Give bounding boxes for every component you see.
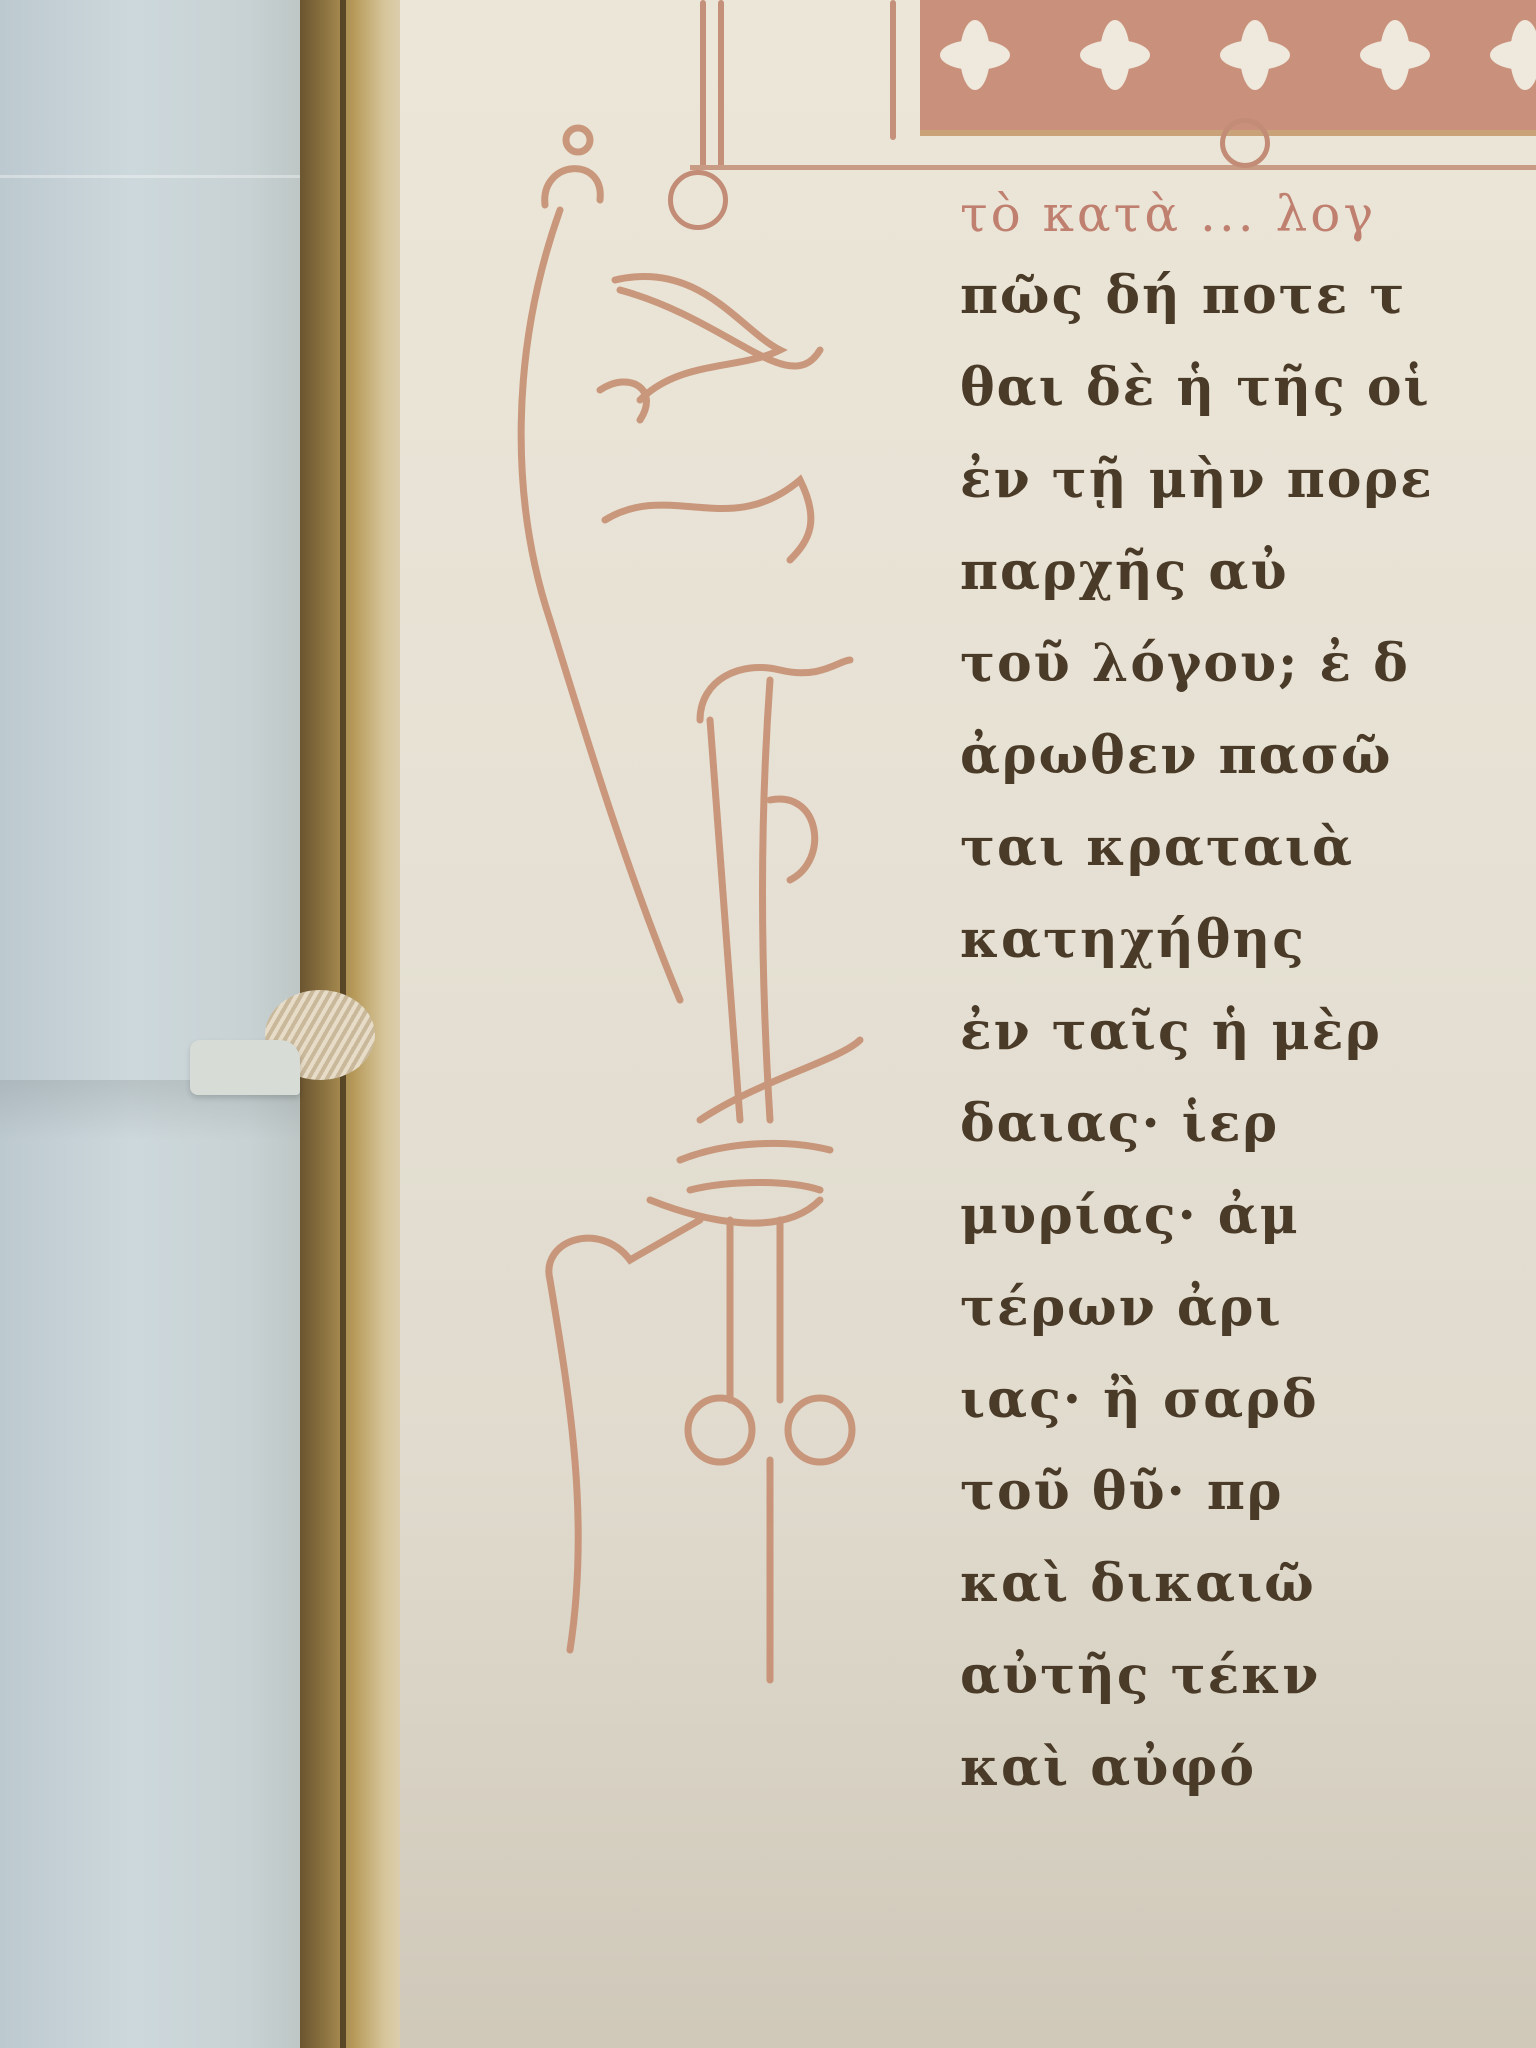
text-line: ἐν ταῖς ἡ μὲρ <box>960 1001 1536 1093</box>
flyleaf-fold <box>0 175 320 178</box>
ornamental-headpiece <box>920 0 1536 136</box>
manuscript-text-block: τὸ κατὰ ... λογ πῶς δή ποτε τ θαι δὲ ἡ τ… <box>960 185 1536 1829</box>
text-line: μυρίας· ἀμ <box>960 1185 1536 1277</box>
text-line: τοῦ θῦ· πρ <box>960 1461 1536 1553</box>
text-line: δαιας· ἱερ <box>960 1093 1536 1185</box>
text-line: τέρων ἀρι <box>960 1277 1536 1369</box>
quatrefoil-ornament <box>1080 20 1150 90</box>
quatrefoil-ornament <box>940 20 1010 90</box>
text-line: καὶ αὐφό <box>960 1737 1536 1829</box>
text-line: ται κραταιὰ <box>960 817 1536 909</box>
quatrefoil-ornament <box>1490 20 1536 90</box>
torn-paper-flap <box>190 1040 300 1095</box>
text-line: ιας· ἢ σαρδ <box>960 1369 1536 1461</box>
text-line: πῶς δή ποτε τ <box>960 265 1536 357</box>
text-line: αὐτῆς τέκν <box>960 1645 1536 1737</box>
text-line: θαι δὲ ἡ τῆς οἱ <box>960 357 1536 449</box>
text-line: ἀρωθεν πασῶ <box>960 725 1536 817</box>
initial-drawing-icon <box>400 100 900 1700</box>
text-line: ἐν τῇ μὴν πορε <box>960 449 1536 541</box>
text-line: παρχῆς αὐ <box>960 541 1536 633</box>
rubric-title: τὸ κατὰ ... λογ <box>960 185 1536 265</box>
text-line: καὶ δικαιῶ <box>960 1553 1536 1645</box>
text-line: κατηχήθης <box>960 909 1536 1001</box>
text-line: τοῦ λόγου; ἐ δ <box>960 633 1536 725</box>
quatrefoil-ornament <box>1220 20 1290 90</box>
scroll-ornament <box>1220 118 1270 168</box>
quatrefoil-ornament <box>1360 20 1430 90</box>
